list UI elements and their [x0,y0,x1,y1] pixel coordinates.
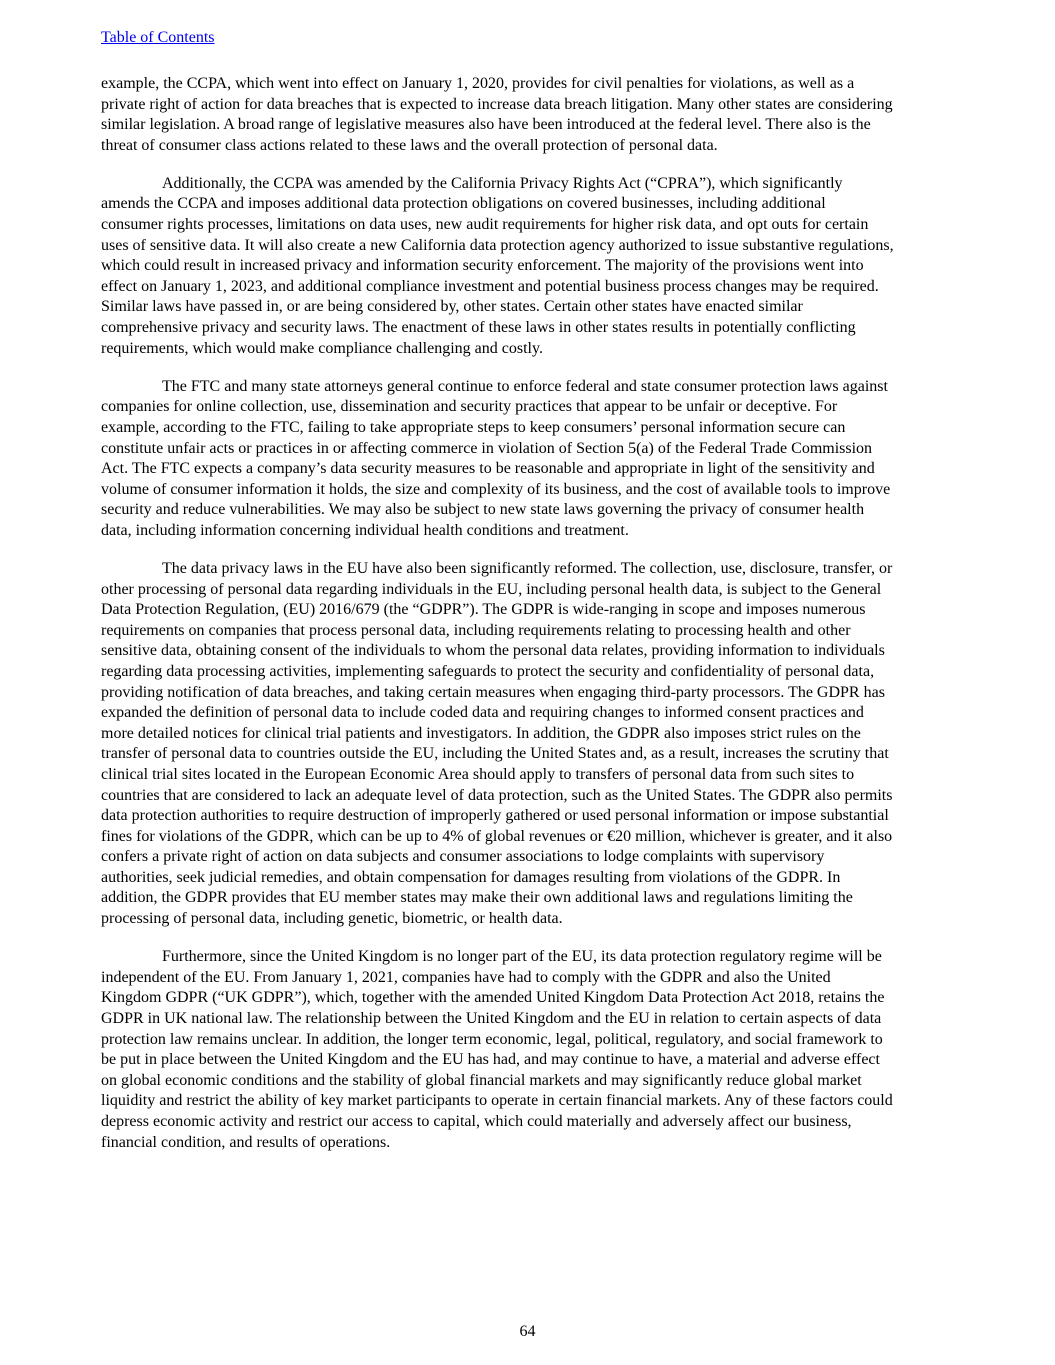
text-line: other processing of personal data regard… [101,580,961,601]
text-line: transfer of personal data to countries o… [101,744,961,765]
text-line: Kingdom GDPR (“UK GDPR”), which, togethe… [101,988,961,1009]
text-line: example, according to the FTC, failing t… [101,418,961,439]
text-line: sensitive data, obtaining consent of the… [101,641,961,662]
text-line: constitute unfair acts or practices in o… [101,439,961,460]
text-line: volume of consumer information it holds,… [101,480,961,501]
text-line: The FTC and many state attorneys general… [101,377,961,398]
text-line: depress economic activity and restrict o… [101,1112,961,1133]
text-line: The data privacy laws in the EU have als… [101,559,961,580]
text-line: data protection authorities to require d… [101,806,961,827]
text-line: requirements on companies that process p… [101,621,961,642]
text-line: clinical trial sites located in the Euro… [101,765,961,786]
table-of-contents-link[interactable]: Table of Contents [101,28,215,48]
text-line: Furthermore, since the United Kingdom is… [101,947,961,968]
text-line: providing notification of data breaches,… [101,683,961,704]
text-line: companies for online collection, use, di… [101,397,961,418]
text-line: uses of sensitive data. It will also cre… [101,236,961,257]
paragraph-uk-gdpr: Furthermore, since the United Kingdom is… [101,947,961,1153]
text-line: addition, the GDPR provides that EU memb… [101,888,961,909]
text-line: Similar laws have passed in, or are bein… [101,297,961,318]
text-line: confers a private right of action on dat… [101,847,961,868]
text-line: more detailed notices for clinical trial… [101,724,961,745]
text-line: independent of the EU. From January 1, 2… [101,968,961,989]
page-number: 64 [0,1322,1055,1342]
text-line: financial condition, and results of oper… [101,1133,961,1154]
text-line: comprehensive privacy and security laws.… [101,318,961,339]
text-line: countries that are considered to lack an… [101,786,961,807]
text-line: Additionally, the CCPA was amended by th… [101,174,961,195]
text-line: GDPR in UK national law. The relationshi… [101,1009,961,1030]
text-line: on global economic conditions and the st… [101,1071,961,1092]
text-line: security and reduce vulnerabilities. We … [101,500,961,521]
text-line: fines for violations of the GDPR, which … [101,827,961,848]
text-line: private right of action for data breache… [101,95,961,116]
text-line: processing of personal data, including g… [101,909,961,930]
text-line: protection law remains unclear. In addit… [101,1030,961,1051]
text-line: threat of consumer class actions related… [101,136,961,157]
paragraph-ccpa-intro: example, the CCPA, which went into effec… [101,74,961,156]
text-line: which could result in increased privacy … [101,256,961,277]
text-line: amends the CCPA and imposes additional d… [101,194,961,215]
text-line: Data Protection Regulation, (EU) 2016/67… [101,600,961,621]
paragraph-ftc: The FTC and many state attorneys general… [101,377,961,542]
text-line: Act. The FTC expects a company’s data se… [101,459,961,480]
paragraph-cpra: Additionally, the CCPA was amended by th… [101,174,961,359]
text-line: similar legislation. A broad range of le… [101,115,961,136]
text-line: expanded the definition of personal data… [101,703,961,724]
text-line: liquidity and restrict the ability of ke… [101,1091,961,1112]
text-line: be put in place between the United Kingd… [101,1050,961,1071]
text-line: data, including information concerning i… [101,521,961,542]
document-body: example, the CCPA, which went into effec… [101,74,961,1171]
text-line: example, the CCPA, which went into effec… [101,74,961,95]
text-line: effect on January 1, 2023, and additiona… [101,277,961,298]
text-line: regarding data processing activities, im… [101,662,961,683]
text-line: requirements, which would make complianc… [101,339,961,360]
paragraph-gdpr: The data privacy laws in the EU have als… [101,559,961,930]
text-line: consumer rights processes, limitations o… [101,215,961,236]
text-line: authorities, seek judicial remedies, and… [101,868,961,889]
